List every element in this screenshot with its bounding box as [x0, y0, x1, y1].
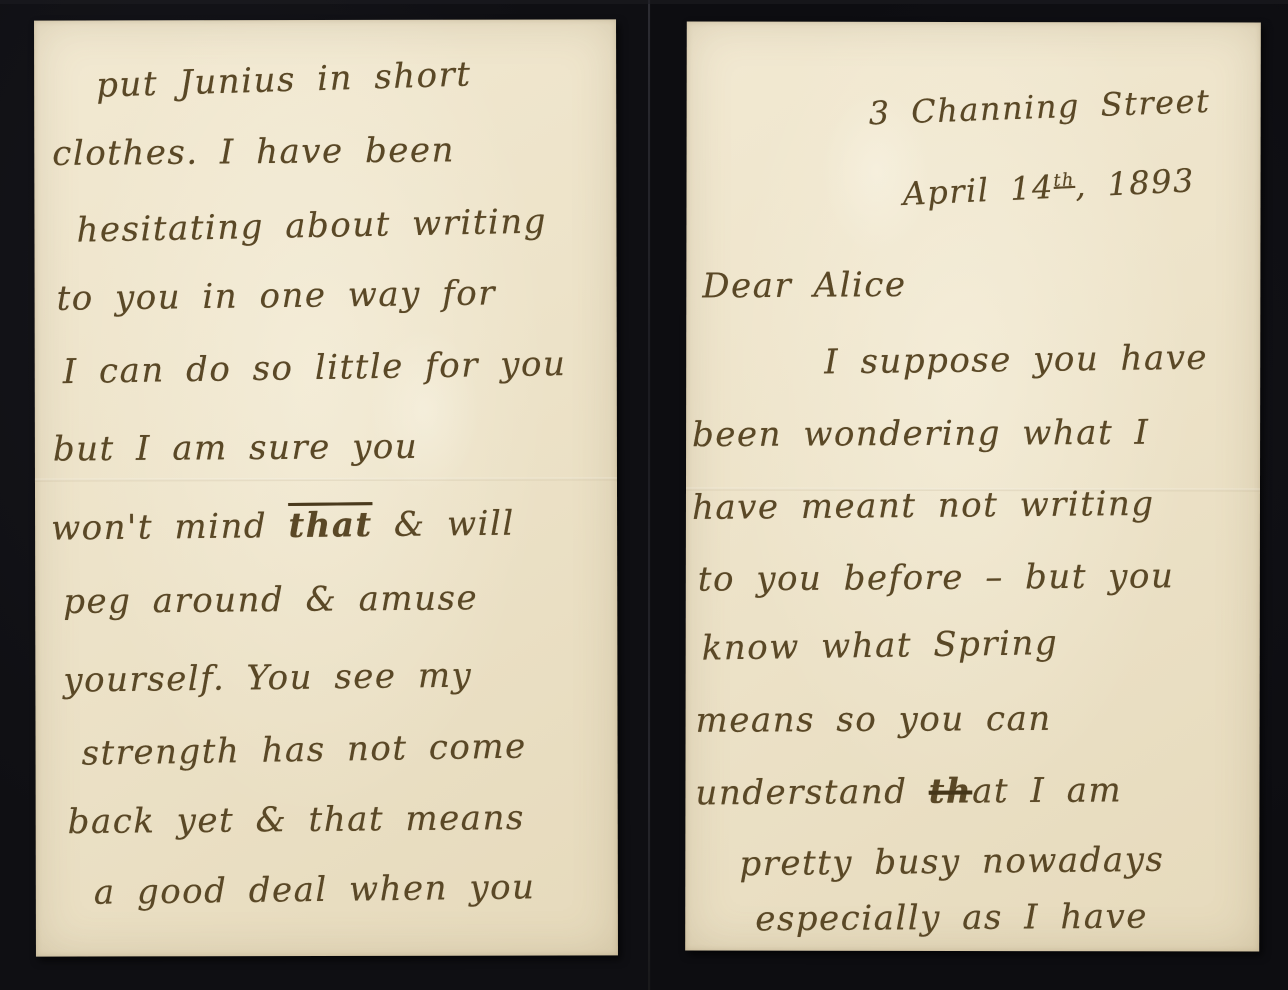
handwriting-text: 3 Channing Street — [868, 82, 1211, 132]
handwriting-line: I suppose you have — [824, 338, 1208, 383]
handwriting-line: a good deal when you — [94, 867, 536, 913]
handwriting-text: yourself. You see my — [63, 656, 472, 701]
handwriting-text: th — [1053, 170, 1075, 191]
handwriting-line: yourself. You see my — [63, 656, 472, 702]
handwriting-text: & will — [372, 504, 515, 546]
handwriting-line: especially as I have — [755, 897, 1148, 941]
handwriting-line: know what Spring — [701, 623, 1058, 669]
handwriting-text: , 1893 — [1074, 161, 1195, 205]
handwriting-text: won't mind — [51, 506, 289, 549]
handwriting-text: understand — [695, 772, 929, 814]
handwriting-line: understand that I am — [695, 770, 1122, 814]
card-seam — [648, 0, 650, 990]
handwriting-text: at I am — [972, 770, 1122, 811]
handwriting-text: especially as I have — [755, 897, 1148, 940]
handwriting-text: to you before – but you — [698, 556, 1175, 599]
handwriting-line: to you before – but you — [698, 556, 1175, 600]
handwriting-line: back yet & that means — [68, 798, 525, 843]
handwriting-text: I suppose you have — [824, 338, 1208, 383]
emphasized-word: that — [288, 505, 373, 546]
handwriting-line: 3 Channing Street — [868, 82, 1211, 133]
handwriting-text: means so you can — [695, 699, 1051, 741]
handwriting-text: a good deal when you — [94, 867, 536, 913]
card-top-edge — [0, 0, 1288, 4]
handwriting-line: clothes. I have been — [52, 130, 455, 174]
fold-crease — [35, 477, 617, 481]
handwriting-text: strength has not come — [81, 726, 527, 773]
handwriting-line: peg around & amuse — [63, 578, 478, 623]
handwriting-line: but I am sure you — [53, 427, 419, 470]
handwriting-line: put Junius in short — [96, 54, 472, 106]
letter-page-right: 3 Channing StreetApril 14th, 1893Dear Al… — [685, 21, 1261, 951]
handwriting-line: April 14th, 1893 — [902, 161, 1196, 213]
handwriting-line: been wondering what I — [692, 413, 1150, 456]
handwriting-text: have meant not writing — [692, 484, 1155, 528]
handwriting-line: won't mind that & will — [51, 504, 515, 550]
letter-page-left: put Junius in shortclothes. I have beenh… — [34, 19, 618, 956]
handwriting-text: back yet & that means — [68, 798, 525, 842]
handwriting-line: have meant not writing — [692, 484, 1155, 529]
handwriting-line: I can do so little for you — [62, 344, 566, 393]
struck-word: th — [929, 771, 973, 811]
handwriting-text: peg around & amuse — [63, 578, 478, 622]
handwriting-line: pretty busy nowadays — [739, 840, 1164, 885]
handwriting-text: put Junius in short — [96, 54, 472, 105]
handwriting-text: Dear Alice — [702, 265, 906, 306]
handwriting-line: to you in one way for — [56, 273, 496, 319]
handwriting-text: hesitating about writing — [76, 201, 547, 250]
letter-scan: put Junius in shortclothes. I have beenh… — [0, 0, 1288, 990]
handwriting-text: I can do so little for you — [62, 344, 566, 392]
handwriting-line: hesitating about writing — [76, 201, 547, 251]
handwriting-text: been wondering what I — [692, 413, 1150, 455]
handwriting-line: means so you can — [695, 699, 1051, 742]
handwriting-text: pretty busy nowadays — [739, 840, 1164, 884]
handwriting-text: know what Spring — [701, 623, 1058, 669]
handwriting-text: but I am sure you — [53, 427, 419, 470]
handwriting-line: Dear Alice — [702, 265, 906, 307]
handwriting-text: clothes. I have been — [52, 130, 455, 174]
handwriting-text: to you in one way for — [56, 273, 496, 319]
handwriting-line: strength has not come — [81, 726, 527, 774]
handwriting-text: April 14 — [902, 168, 1055, 213]
